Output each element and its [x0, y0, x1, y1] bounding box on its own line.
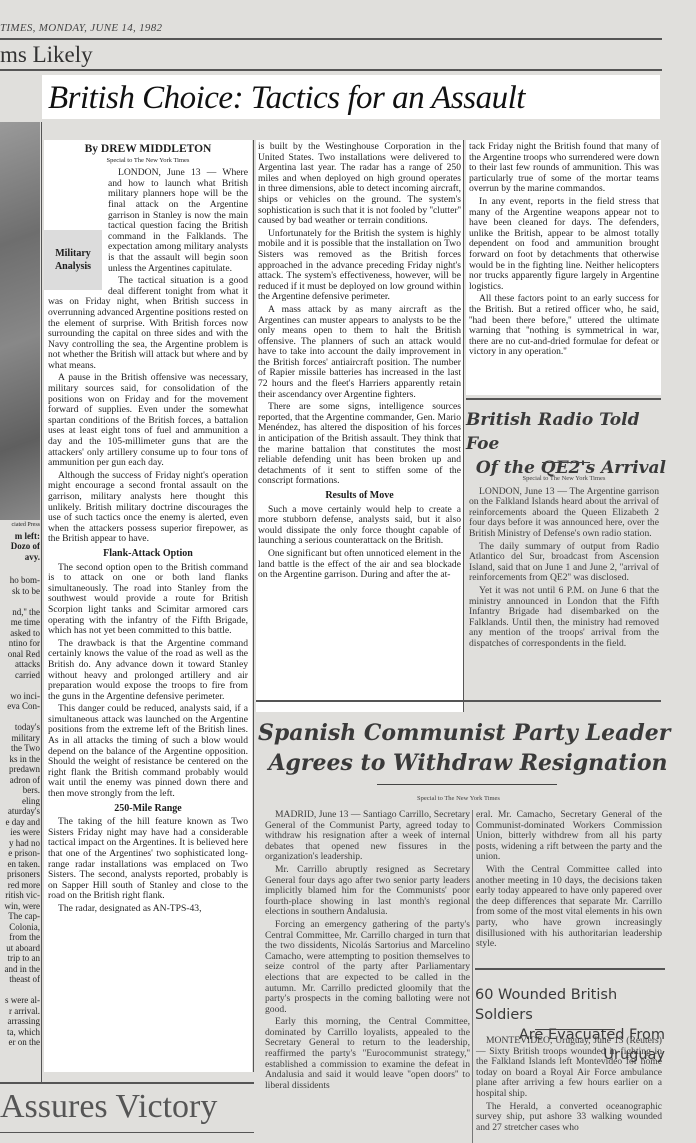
spanish-col1: MADRID, June 13 — Santiago Carrillo, Sec…	[265, 810, 470, 1091]
left-strip-line: s were al-	[0, 995, 40, 1006]
spanish-col2: eral. Mr. Camacho, Secretary General of …	[476, 810, 662, 950]
special-credit: Special to The New York Times	[48, 156, 248, 167]
left-strip-line: ies were	[0, 827, 40, 838]
left-strip-line: today's	[0, 722, 40, 733]
left-strip-line: prisoners	[0, 869, 40, 880]
paragraph: There are some signs, intelligence sourc…	[258, 402, 461, 487]
paragraph: Such a move certainly would help to crea…	[258, 505, 461, 547]
left-strip-line: e day and	[0, 817, 40, 828]
paragraph: The drawback is that the Argentine comma…	[48, 639, 248, 703]
subhead-results-of-move: Results of Move	[258, 491, 461, 502]
left-strip-line	[0, 712, 40, 723]
left-strip-line: sk to be	[0, 586, 40, 597]
paragraph: Forcing an emergency gathering of the pa…	[265, 920, 470, 1015]
paragraph: The radar, designated as AN-TPS-43,	[48, 904, 248, 915]
left-strip-line: nd,'' the	[0, 607, 40, 618]
paragraph: Mr. Carrillo abruptly resigned as Secret…	[265, 865, 470, 918]
paragraph: One significant but often unnoticed elem…	[258, 549, 461, 581]
left-strip-line: adron of	[0, 775, 40, 786]
byline: By DREW MIDDLETON	[48, 144, 248, 155]
left-strip-line: red more	[0, 880, 40, 891]
left-strip-line: e prison-	[0, 848, 40, 859]
paragraph: MONTEVIDEO, Uruguay, June 13 (Reuters) —…	[476, 1036, 662, 1100]
spanish-bottom-rule	[475, 968, 665, 970]
paragraph: Unfortunately for the British the system…	[258, 229, 461, 303]
main-article-col2: is built by the Westinghouse Corporation…	[258, 142, 461, 581]
column-divider	[472, 810, 473, 1143]
bottom-rule	[0, 1082, 254, 1084]
left-strip-line: The cap-	[0, 911, 40, 922]
left-strip-line: and in the	[0, 964, 40, 975]
left-strip-line: bers.	[0, 785, 40, 796]
photo-credit: ciated Press	[0, 520, 40, 531]
left-strip-line: predawn	[0, 764, 40, 775]
main-article-col3: tack Friday night the British found that…	[469, 142, 659, 358]
paragraph: All these factors point to an early succ…	[469, 294, 659, 358]
paragraph: In any event, reports in the field stres…	[469, 197, 659, 292]
left-strip-line: ho bom-	[0, 575, 40, 586]
spanish-special-credit: Special to The New York Times	[256, 795, 661, 802]
subhead-250-mile-range: 250-Mile Range	[48, 804, 248, 815]
radio-article-body: Special to The New York Times LONDON, Ju…	[469, 474, 659, 650]
left-strip-line: ut aboard	[0, 943, 40, 954]
spanish-headline: Spanish Communist Party Leader Agrees to…	[258, 718, 678, 778]
left-strip-line: ntino for	[0, 638, 40, 649]
radio-headline: British Radio Told Foe Of the QE2's Arri…	[466, 408, 666, 480]
left-strip-line: eva Con-	[0, 701, 40, 712]
left-strip-line: theast of	[0, 974, 40, 985]
uruguay-headline-rule	[535, 1029, 615, 1030]
paragraph: The Herald, a converted oceanographic su…	[476, 1102, 662, 1134]
paragraph: eral. Mr. Camacho, Secretary General of …	[476, 810, 662, 863]
paragraph: LONDON, June 13 — The Argentine garrison…	[469, 487, 659, 540]
bottom-rule-2	[0, 1132, 254, 1133]
column-divider	[463, 140, 464, 712]
left-column-divider	[41, 122, 42, 1082]
bottom-headline-fragment: Assures Victory	[0, 1088, 217, 1126]
paragraph: The taking of the hill feature known as …	[48, 817, 248, 902]
col3-bottom-rule	[466, 398, 661, 400]
main-article-col1: By DREW MIDDLETON Special to The New Yor…	[48, 142, 248, 915]
left-strip-line: trip to an	[0, 953, 40, 964]
left-strip-line: ta, which	[0, 1027, 40, 1038]
paragraph: tack Friday night the British found that…	[469, 142, 659, 195]
paragraph: A mass attack by as many aircraft as the…	[258, 305, 461, 400]
uruguay-article-body: MONTEVIDEO, Uruguay, June 13 (Reuters) —…	[476, 1036, 662, 1133]
left-strip-line: y had no	[0, 838, 40, 849]
paragraph: MADRID, June 13 — Santiago Carrillo, Sec…	[265, 810, 470, 863]
paragraph: is built by the Westinghouse Corporation…	[258, 142, 461, 227]
left-strip-line	[0, 596, 40, 607]
paragraph: The daily summary of output from Radio A…	[469, 542, 659, 584]
paragraph: Yet it was not until 6 P.M. on June 6 th…	[469, 586, 659, 650]
left-strip-line: ritish vic-	[0, 890, 40, 901]
spanish-headline-rule	[377, 784, 557, 785]
masthead-rule	[0, 38, 662, 40]
left-strip-line: aturday's	[0, 806, 40, 817]
main-headline: British Choice: Tactics for an Assault	[48, 80, 525, 117]
left-strip-line: ks in the	[0, 754, 40, 765]
left-strip-line: attacks	[0, 659, 40, 670]
military-analysis-label: Military Analysis	[44, 230, 102, 290]
subhead-flank-attack: Flank-Attack Option	[48, 549, 248, 560]
paragraph: This danger could be reduced, analysts s…	[48, 704, 248, 799]
left-strip-line: from the	[0, 932, 40, 943]
left-strip-line: er on the	[0, 1037, 40, 1048]
left-strip-line: wo inci-	[0, 691, 40, 702]
paragraph: With the Central Committee called into a…	[476, 865, 662, 950]
left-strip-line: carried	[0, 670, 40, 681]
left-strip-line: asked to	[0, 628, 40, 639]
paragraph: Although the success of Friday night's o…	[48, 471, 248, 545]
left-strip-line: r arrival.	[0, 1006, 40, 1017]
left-strip-line	[0, 985, 40, 996]
left-strip-line: win, were	[0, 901, 40, 912]
left-strip-line: en taken.	[0, 859, 40, 870]
photo-fragment	[0, 122, 40, 520]
column-divider	[253, 140, 254, 1072]
left-strip-caption: ciated Press m left: Dozo of avy.	[0, 520, 40, 562]
left-strip-line: the Two	[0, 743, 40, 754]
paragraph: Early this morning, the Central Committe…	[265, 1017, 470, 1091]
kicker-rule	[0, 69, 662, 71]
paragraph: The second option open to the British co…	[48, 563, 248, 637]
left-strip-line: me time	[0, 617, 40, 628]
left-strip-line: arrassing	[0, 1016, 40, 1027]
left-strip-line: onal Red	[0, 649, 40, 660]
radio-headline-rule	[542, 462, 590, 463]
left-strip-text: ho bom-sk to bend,'' theme timeasked ton…	[0, 575, 40, 1075]
left-strip-line: Colonia,	[0, 922, 40, 933]
masthead-date: TIMES, MONDAY, JUNE 14, 1982	[0, 22, 162, 34]
left-strip-line: eling	[0, 796, 40, 807]
left-strip-line	[0, 680, 40, 691]
paragraph: The tactical situation is a good deal di…	[48, 276, 248, 371]
kicker-fragment: ms Likely	[0, 42, 93, 68]
paragraph: A pause in the British offensive was nec…	[48, 373, 248, 468]
left-strip-line: military	[0, 733, 40, 744]
radio-bottom-rule	[256, 700, 661, 702]
